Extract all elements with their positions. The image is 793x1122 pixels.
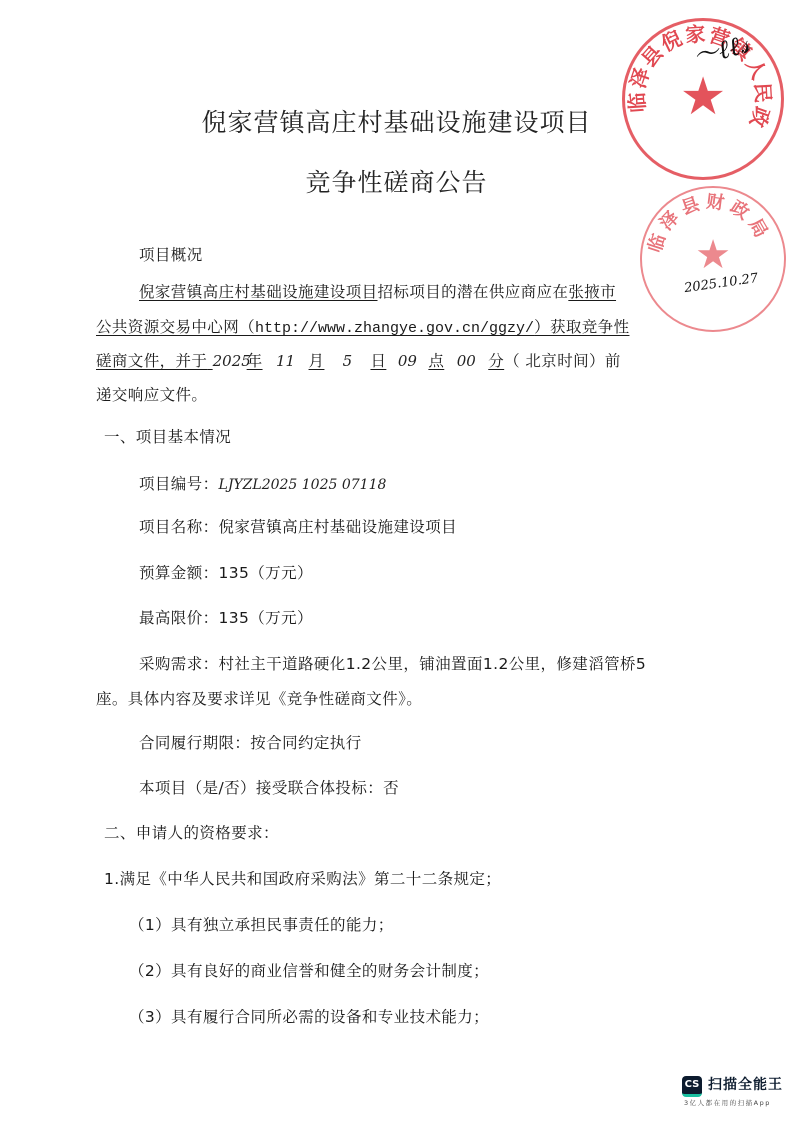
qualification-item-1: 1.满足《中华人民共和国政府采购法》第二十二条规定； [104,869,501,889]
official-seal-finance-bureau: 临泽县财政局 ★ [640,186,786,332]
project-name-underlined: 倪家营镇高庄村基础设施建设项目 [139,283,378,301]
handwritten-year: 2025 [213,351,247,371]
procurement-requirement-line-1: 采购需求：村社主干道路硬化1.2公里，铺油置面1.2公里，修建滔管桥5 [139,654,646,674]
qualification-sub-item-3: （3）具有履行合同所必需的设备和专业技术能力； [129,1007,489,1027]
document-page: 倪家营镇高庄村基础设施建设项目 竞争性磋商公告 项目概况 倪家营镇高庄村基础设施… [0,0,793,1122]
handwritten-hour: 09 [386,351,428,371]
budget-amount: 预算金额：135（万元） [139,563,313,583]
deadline-underlined: 磋商文件，并于 2025年11月5日09点00分 [96,352,504,370]
place-underlined: 张掖市 [568,283,616,301]
procurement-requirement-line-2: 座。具体内容及要求详见《竞争性磋商文件》。 [96,689,422,709]
overview-line-3: 磋商文件，并于 2025年11月5日09点00分（ 北京时间）前 [96,351,621,371]
camscanner-tagline: 3亿人都在用的扫描App [684,1098,771,1107]
section1-heading: 一、项目基本情况 [104,427,231,447]
handwritten-project-number: LJYZL2025 1025 07118 [219,477,387,493]
star-icon: ★ [688,230,738,280]
qualification-sub-item-2: （2）具有良好的商业信誉和健全的财务会计制度； [129,961,489,981]
overview-line-2: 公共资源交易中心网（http://www.zhangye.gov.cn/ggzy… [96,317,629,339]
deadline-prefix: 磋商文件，并于 [96,352,207,370]
overview-heading: 项目概况 [139,245,203,265]
handwritten-month: 11 [263,351,309,371]
minute-label: 分 [488,352,504,370]
star-icon: ★ [673,67,733,127]
overview-text: 招标项目的潜在供应商应在 [378,283,569,301]
overview-line-4: 递交响应文件。 [96,385,207,405]
platform-name: 公共资源交易中心网（ [96,318,255,336]
handwritten-day: 5 [324,351,370,371]
section2-heading: 二、申请人的资格要求： [104,823,279,843]
project-name: 项目名称：倪家营镇高庄村基础设施建设项目 [139,517,457,537]
year-label: 年 [247,352,263,370]
consortium-bid: 本项目（是/否）接受联合体投标：否 [139,778,399,798]
camscanner-name: 扫描全能王 [708,1074,783,1094]
contract-period: 合同履行期限：按合同约定执行 [139,733,362,753]
qualification-sub-item-1: （1）具有独立承担民事责任的能力； [129,915,394,935]
max-price: 最高限价：135（万元） [139,608,313,628]
camscanner-logo-icon: CS [682,1076,702,1097]
handwritten-minute: 00 [444,351,488,371]
platform-url: http://www.zhangye.gov.cn/ggzy/ [255,320,534,337]
overview-line-1: 倪家营镇高庄村基础设施建设项目招标项目的潜在供应商应在张掖市 [139,282,616,302]
project-number-label: 项目编号： [139,475,219,493]
platform-suffix: ）获取竞争性 [534,318,629,336]
deadline-suffix: （ 北京时间）前 [504,352,621,370]
day-label: 日 [370,352,386,370]
project-number: 项目编号：LJYZL2025 1025 07118 [139,474,386,495]
month-label: 月 [309,352,325,370]
hour-label: 点 [428,352,444,370]
